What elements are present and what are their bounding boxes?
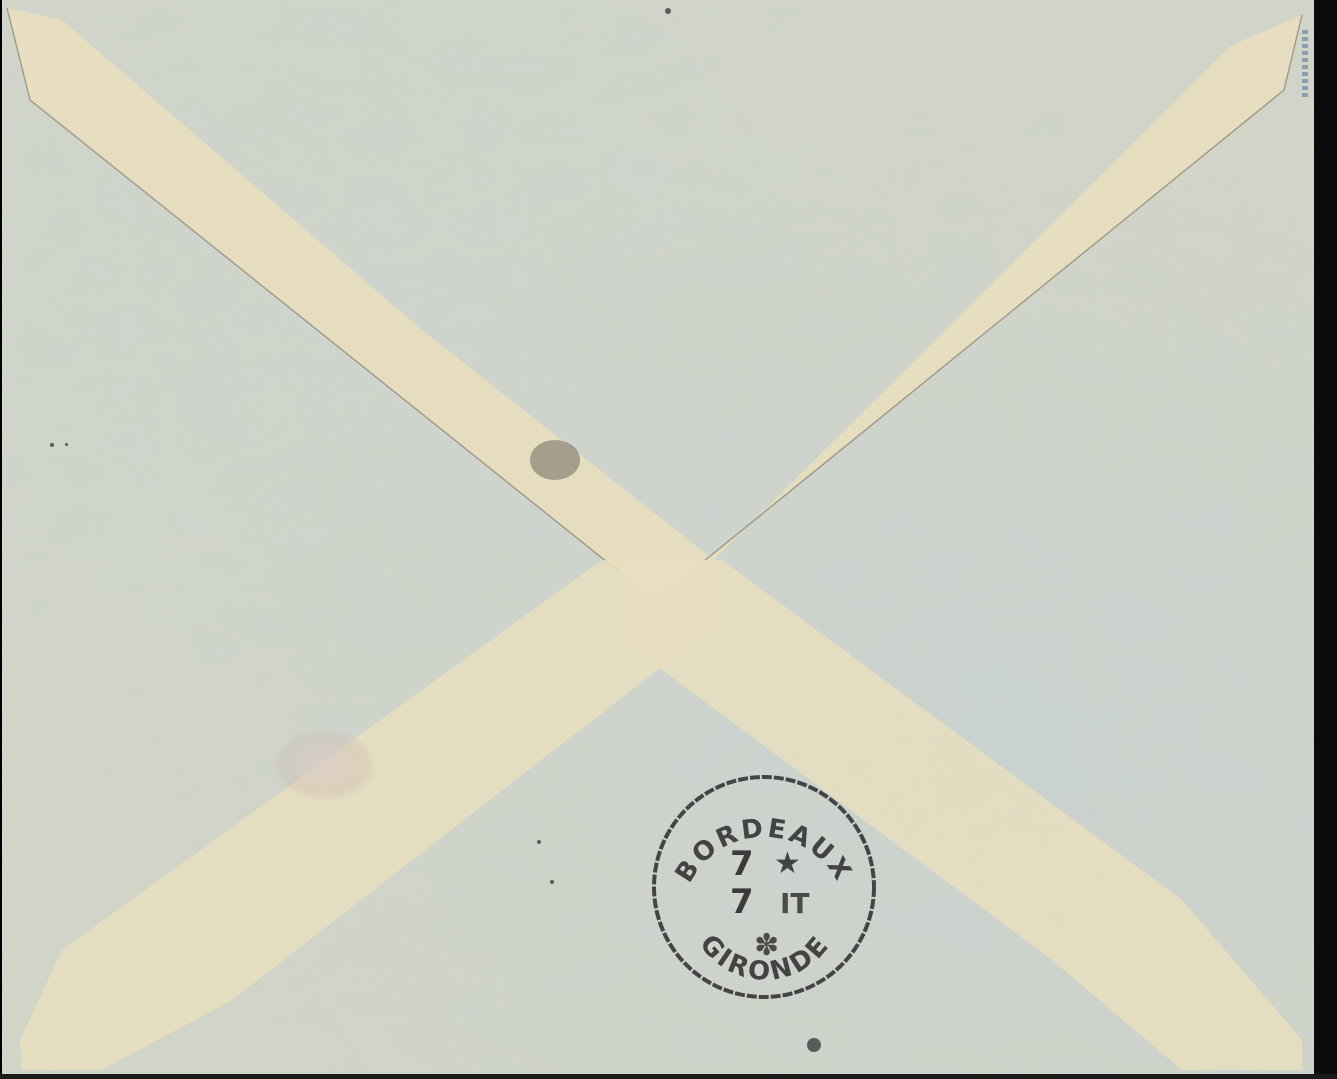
envelope-back: BORDEAUX GIRONDE 7 7 ★ IT ✽ (2, 0, 1314, 1074)
postmark-ornament: ✽ (754, 928, 779, 963)
blue-ink-marks (1302, 30, 1308, 100)
ink-speck (665, 8, 671, 14)
ink-speck (65, 443, 68, 446)
postmark-mark: IT (780, 887, 810, 920)
postmark-date-1: 7 (730, 844, 754, 884)
ink-speck (537, 840, 541, 844)
ink-speck (50, 443, 54, 447)
postmark-date-2: 7 (730, 882, 754, 922)
ink-speck (530, 440, 580, 480)
postmark-city: BORDEAUX (670, 813, 859, 887)
postmark-star: ★ (774, 846, 801, 881)
scan-border-bottom (0, 1074, 1337, 1079)
svg-text:BORDEAUX: BORDEAUX (670, 813, 859, 887)
paper-stain (274, 730, 374, 800)
postmark-bordeaux: BORDEAUX GIRONDE 7 7 ★ IT ✽ (650, 773, 878, 1001)
ink-speck (550, 880, 554, 884)
ink-speck (807, 1038, 821, 1052)
scan-border-right (1314, 0, 1337, 1079)
